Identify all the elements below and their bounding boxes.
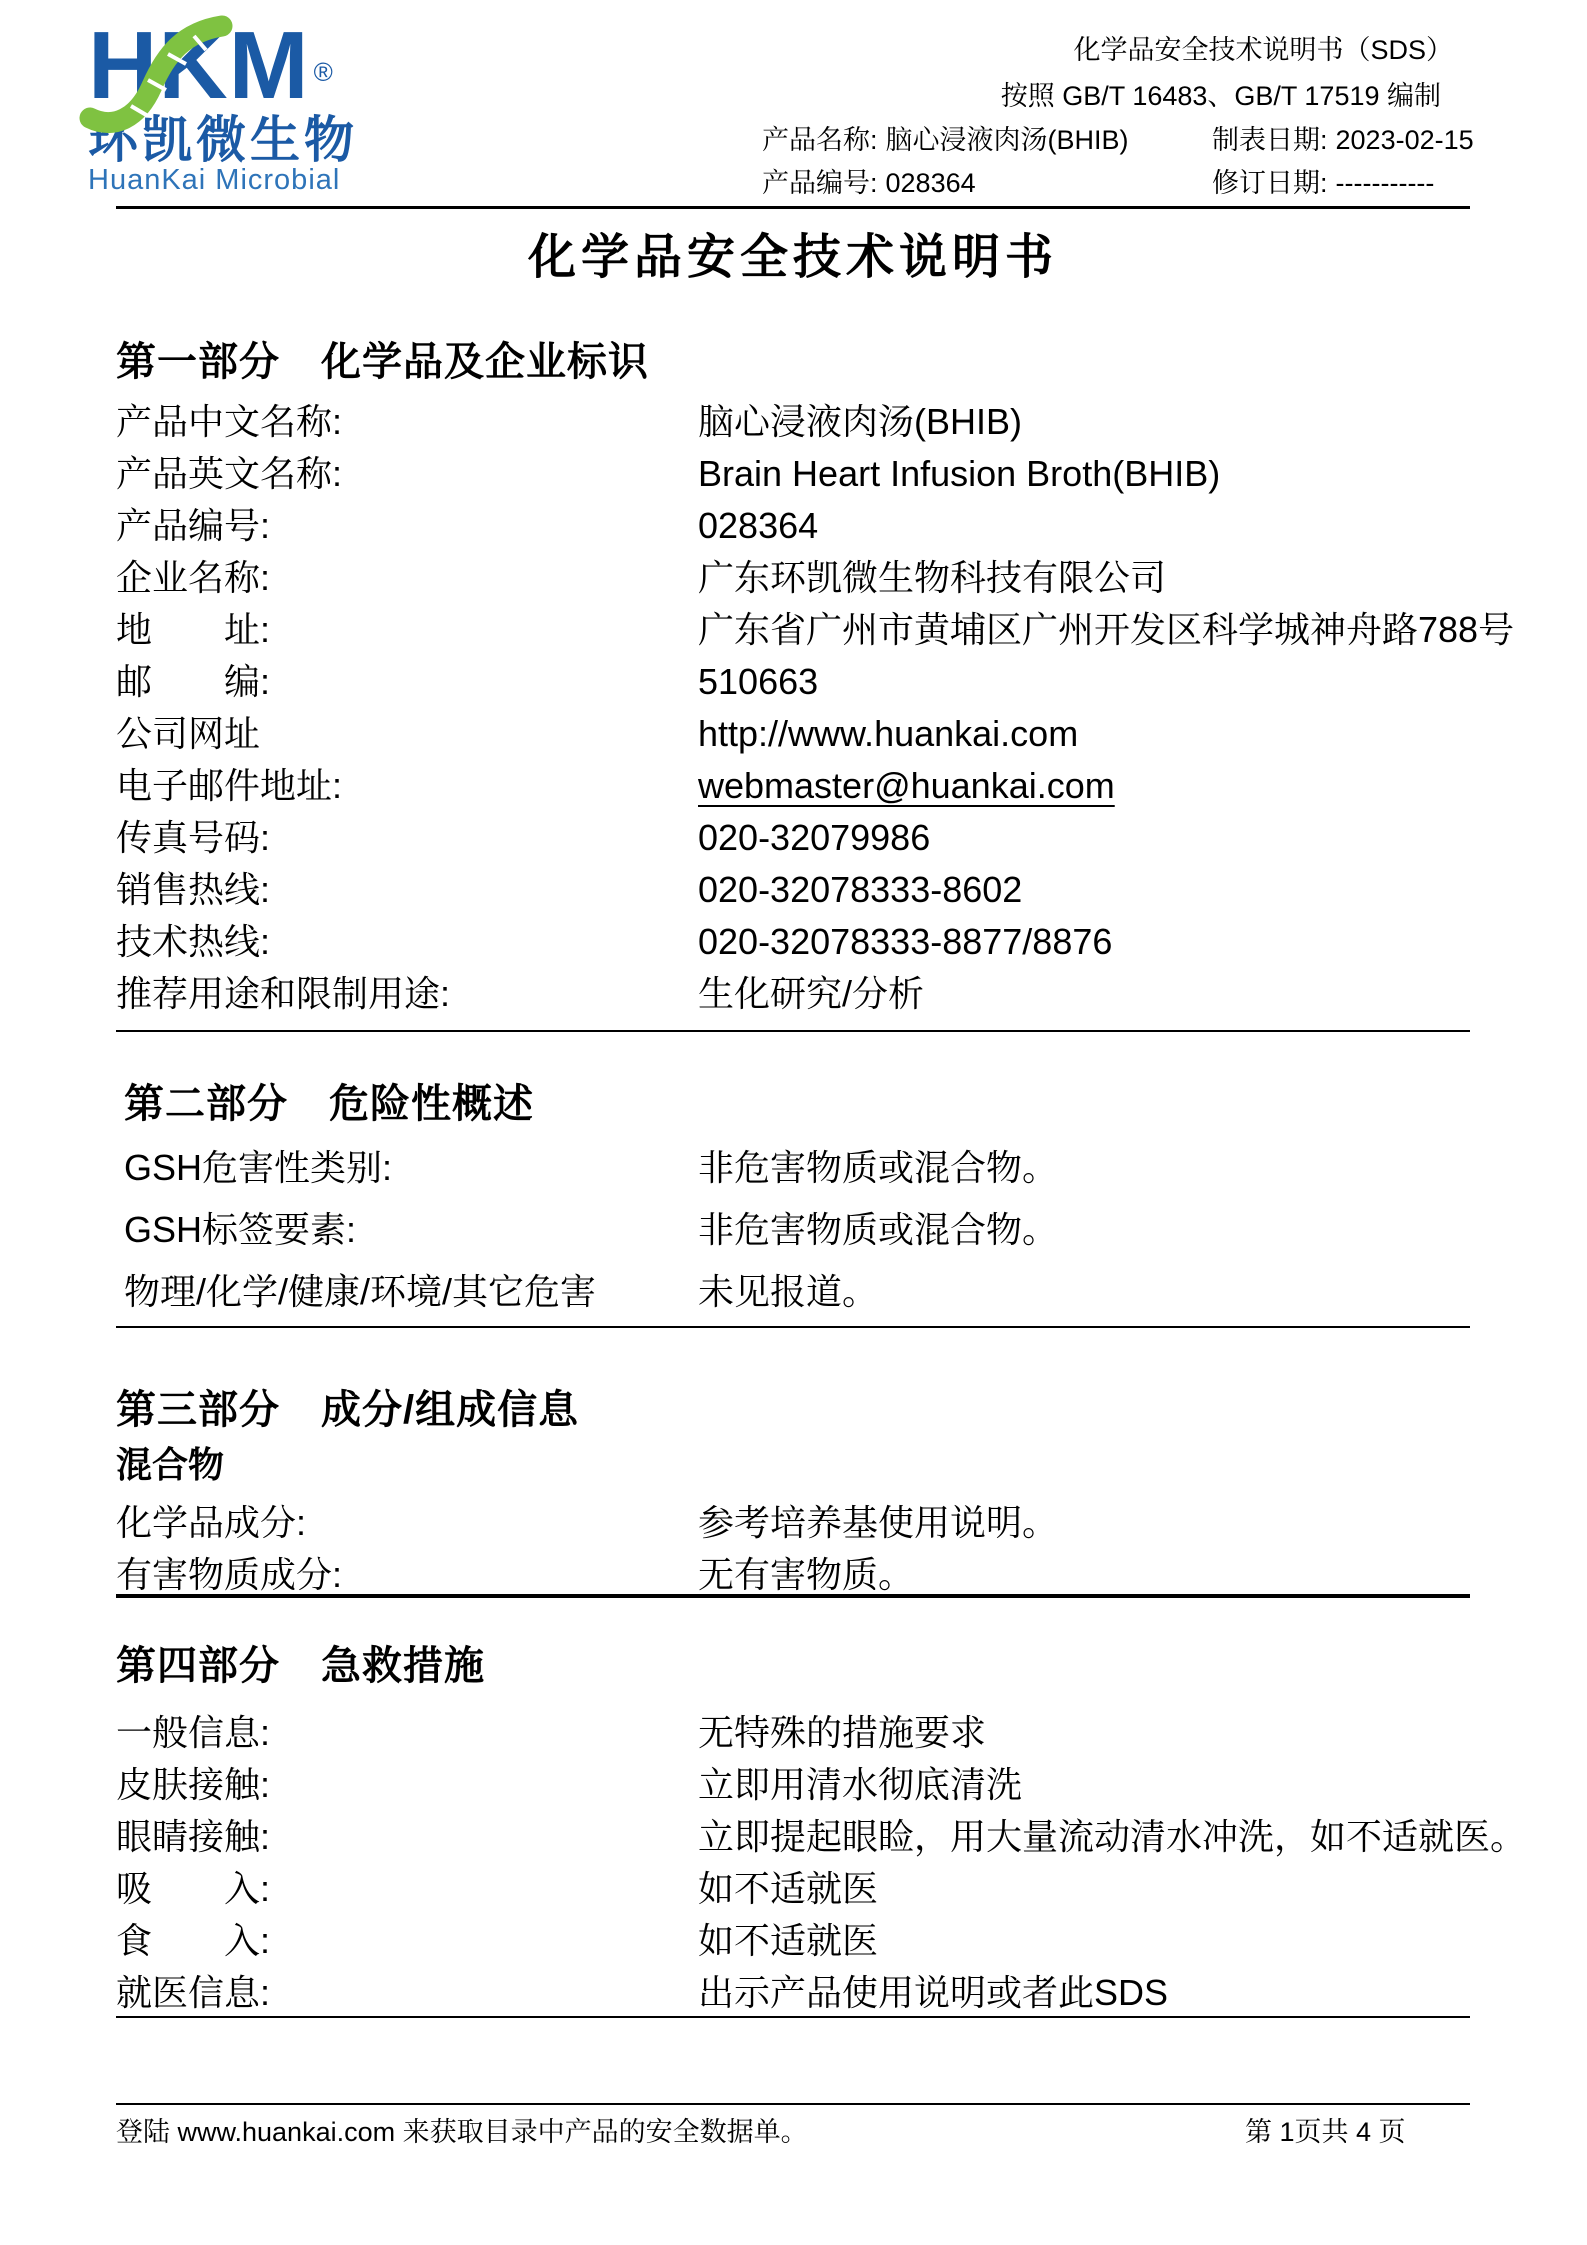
section-first-aid: 第四部分 急救措施 一般信息:无特殊的措施要求 皮肤接触:立即用清水彻底清洗 眼… xyxy=(116,1642,1470,2019)
field-row: 产品编号:028364 xyxy=(116,500,1470,552)
header-product-name: 产品名称:脑心浸液肉汤(BHIB) xyxy=(762,118,1129,157)
footer-divider xyxy=(116,2103,1470,2105)
field-row: 产品中文名称:脑心浸液肉汤(BHIB) xyxy=(116,396,1470,448)
field-label: 邮 编: xyxy=(116,661,270,702)
document-type-title: 化学品安全技术说明书（SDS） xyxy=(1073,28,1453,67)
field-row: 物理/化学/健康/环境/其它危害未见报道。 xyxy=(124,1261,1478,1323)
sds-document-page: HKM® 环凯微生物 HuanKai Microbial 化学品安全技术说明书（… xyxy=(0,0,1587,2245)
field-row: 技术热线:020-32078333-8877/8876 xyxy=(116,916,1470,968)
field-value: 广东省广州市黄埔区广州开发区科学城神舟路788号 xyxy=(698,604,1514,656)
field-value: 非危害物质或混合物。 xyxy=(698,1199,1058,1261)
field-label: 吸 入: xyxy=(116,1868,270,1909)
section-rows: 产品中文名称:脑心浸液肉汤(BHIB) 产品英文名称:Brain Heart I… xyxy=(116,396,1470,1020)
registered-trademark-icon: ® xyxy=(314,22,334,122)
field-label: 眼睛接触: xyxy=(116,1816,270,1857)
company-logo: HKM® 环凯微生物 HuanKai Microbial xyxy=(88,16,418,194)
field-label: 一般信息: xyxy=(116,1712,270,1753)
field-label: 销售热线: xyxy=(116,869,270,910)
field-row: 邮 编:510663 xyxy=(116,656,1470,708)
field-row: 吸 入:如不适就医 xyxy=(116,1863,1470,1915)
email-link[interactable]: webmaster@huankai.com xyxy=(698,760,1115,812)
field-label: 传真号码: xyxy=(116,817,270,858)
field-label: GSH标签要素: xyxy=(124,1209,356,1250)
field-label: 化学品成分: xyxy=(116,1502,306,1543)
field-label: 技术热线: xyxy=(116,921,270,962)
section-divider xyxy=(116,1594,1470,1598)
field-value: 如不适就医 xyxy=(698,1915,878,1967)
field-value: 028364 xyxy=(698,500,818,552)
section-rows: 化学品成分:参考培养基使用说明。 有害物质成分:无有害物质。 xyxy=(116,1497,1470,1601)
section-heading: 第二部分 危险性概述 xyxy=(124,1080,1478,1128)
header-divider xyxy=(116,206,1470,209)
compilation-standard: 按照 GB/T 16483、GB/T 17519 编制 xyxy=(1001,74,1441,113)
section-heading: 第四部分 急救措施 xyxy=(116,1642,1470,1690)
website-url: http://www.huankai.com xyxy=(698,708,1078,760)
section-hazard-overview: 第二部分 危险性概述 GSH危害性类别:非危害物质或混合物。 GSH标签要素:非… xyxy=(124,1080,1478,1323)
field-row: GSH标签要素:非危害物质或混合物。 xyxy=(124,1199,1478,1261)
field-row: 皮肤接触:立即用清水彻底清洗 xyxy=(116,1759,1470,1811)
section-rows: GSH危害性类别:非危害物质或混合物。 GSH标签要素:非危害物质或混合物。 物… xyxy=(124,1137,1478,1323)
field-value: 无特殊的措施要求 xyxy=(698,1707,986,1759)
field-label: 电子邮件地址: xyxy=(116,765,342,806)
field-row: 推荐用途和限制用途:生化研究/分析 xyxy=(116,968,1470,1020)
field-row: 电子邮件地址:webmaster@huankai.com xyxy=(116,760,1470,812)
field-label: 产品英文名称: xyxy=(116,453,342,494)
section-divider xyxy=(116,1326,1470,1328)
field-row: 产品英文名称:Brain Heart Infusion Broth(BHIB) xyxy=(116,448,1470,500)
field-value: 如不适就医 xyxy=(698,1863,878,1915)
section-divider xyxy=(116,2016,1470,2018)
field-label: 产品中文名称: xyxy=(116,401,342,442)
header-product-name-value: 脑心浸液肉汤(BHIB) xyxy=(886,125,1129,155)
header-product-code: 产品编号:028364 xyxy=(762,161,976,200)
field-label: 皮肤接触: xyxy=(116,1764,270,1805)
logo-brand-text: HKM® xyxy=(88,16,418,116)
field-value: 020-32078333-8877/8876 xyxy=(698,916,1112,968)
field-value: 510663 xyxy=(698,656,818,708)
section-heading: 第一部分 化学品及企业标识 xyxy=(116,338,1470,386)
header-product-name-label: 产品名称: xyxy=(762,125,878,155)
field-label: 就医信息: xyxy=(116,1972,270,2013)
section-composition: 第三部分 成分/组成信息 混合物 化学品成分:参考培养基使用说明。 有害物质成分… xyxy=(116,1386,1470,1601)
page-title: 化学品安全技术说明书 xyxy=(116,218,1470,287)
field-row: 眼睛接触:立即提起眼睑，用大量流动清水冲洗，如不适就医。 xyxy=(116,1811,1470,1863)
field-row: 化学品成分:参考培养基使用说明。 xyxy=(116,1497,1470,1549)
field-label: 推荐用途和限制用途: xyxy=(116,973,450,1014)
field-label: 物理/化学/健康/环境/其它危害 xyxy=(124,1271,596,1312)
section-subheading: 混合物 xyxy=(116,1439,1470,1491)
field-value: 020-32078333-8602 xyxy=(698,864,1022,916)
section-divider xyxy=(116,1030,1470,1032)
field-value: 020-32079986 xyxy=(698,812,930,864)
header-revision-date-label: 修订日期: xyxy=(1212,168,1328,198)
field-label: 有害物质成分: xyxy=(116,1554,342,1595)
field-label: 地 址: xyxy=(116,609,270,650)
field-row: 公司网址http://www.huankai.com xyxy=(116,708,1470,760)
field-label: 产品编号: xyxy=(116,505,270,546)
header-product-code-label: 产品编号: xyxy=(762,168,878,198)
field-value: Brain Heart Infusion Broth(BHIB) xyxy=(698,448,1220,500)
section-heading: 第三部分 成分/组成信息 xyxy=(116,1386,1470,1434)
field-label: 企业名称: xyxy=(116,557,270,598)
logo-company-name-cn: 环凯微生物 xyxy=(88,118,418,162)
page-number: 第 1页共 4 页 xyxy=(1245,2110,1406,2149)
header-issue-date-label: 制表日期: xyxy=(1212,125,1328,155)
field-row: 食 入:如不适就医 xyxy=(116,1915,1470,1967)
field-label: 食 入: xyxy=(116,1920,270,1961)
field-label: 公司网址 xyxy=(116,713,260,754)
field-label: GSH危害性类别: xyxy=(124,1147,392,1188)
field-row: 地 址:广东省广州市黄埔区广州开发区科学城神舟路788号 xyxy=(116,604,1470,656)
footer-note: 登陆 www.huankai.com 来获取目录中产品的安全数据单。 xyxy=(116,2110,808,2149)
field-row: 企业名称:广东环凯微生物科技有限公司 xyxy=(116,552,1470,604)
field-value: 未见报道。 xyxy=(698,1261,878,1323)
field-value: 脑心浸液肉汤(BHIB) xyxy=(698,396,1022,448)
field-row: 销售热线:020-32078333-8602 xyxy=(116,864,1470,916)
field-value: 生化研究/分析 xyxy=(698,968,924,1020)
logo-brand-letters: HKM xyxy=(88,12,310,119)
field-row: 传真号码:020-32079986 xyxy=(116,812,1470,864)
section-identification: 第一部分 化学品及企业标识 产品中文名称:脑心浸液肉汤(BHIB) 产品英文名称… xyxy=(116,338,1470,1020)
logo-company-name-en: HuanKai Microbial xyxy=(88,166,418,194)
section-rows: 一般信息:无特殊的措施要求 皮肤接触:立即用清水彻底清洗 眼睛接触:立即提起眼睑… xyxy=(116,1707,1470,2019)
field-value: 广东环凯微生物科技有限公司 xyxy=(698,552,1166,604)
field-value: 参考培养基使用说明。 xyxy=(698,1497,1058,1549)
header-issue-date: 制表日期:2023-02-15 xyxy=(1212,118,1474,157)
header-product-code-value: 028364 xyxy=(886,168,976,198)
field-value: 非危害物质或混合物。 xyxy=(698,1137,1058,1199)
field-row: 一般信息:无特殊的措施要求 xyxy=(116,1707,1470,1759)
field-row: GSH危害性类别:非危害物质或混合物。 xyxy=(124,1137,1478,1199)
field-row: 就医信息:出示产品使用说明或者此SDS xyxy=(116,1967,1470,2019)
header-revision-date-value: ----------- xyxy=(1336,168,1435,198)
header-revision-date: 修订日期:----------- xyxy=(1212,161,1434,200)
field-value: 立即用清水彻底清洗 xyxy=(698,1759,1022,1811)
header-issue-date-value: 2023-02-15 xyxy=(1336,125,1474,155)
field-value: 出示产品使用说明或者此SDS xyxy=(698,1967,1168,2019)
field-value: 立即提起眼睑，用大量流动清水冲洗，如不适就医。 xyxy=(698,1811,1526,1863)
